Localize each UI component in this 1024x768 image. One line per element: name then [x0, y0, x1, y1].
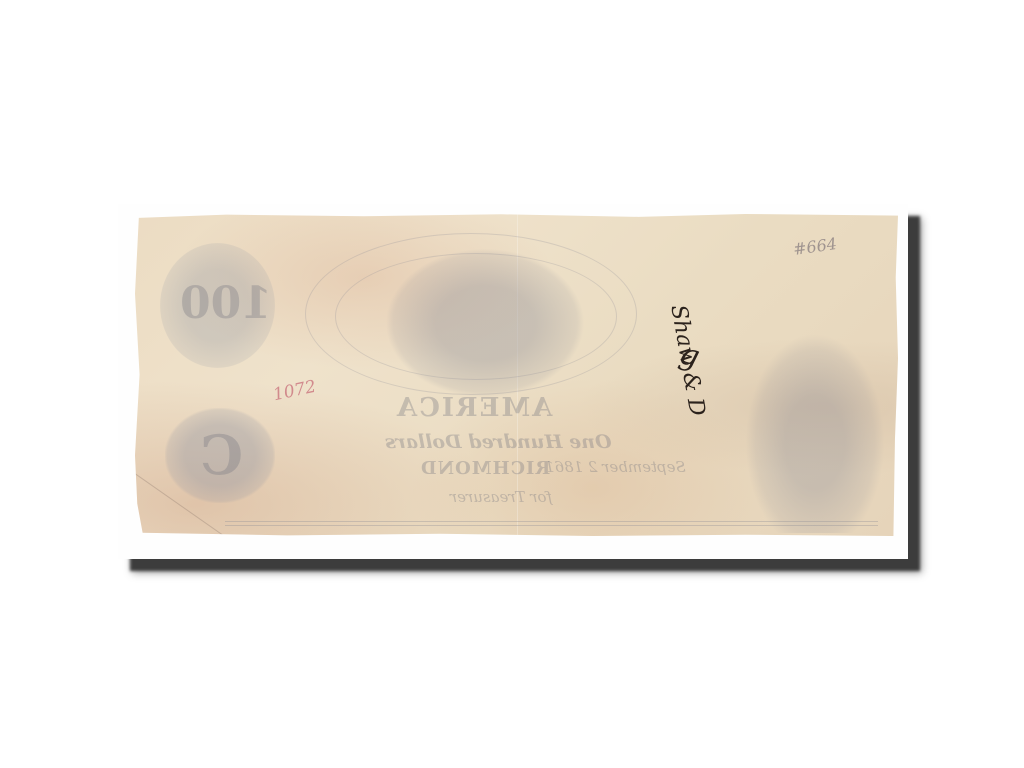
ornament-swirl	[335, 253, 617, 380]
bottom-border	[225, 521, 878, 526]
corner-letter: C	[200, 423, 243, 487]
serial-number: 1072	[271, 377, 317, 406]
banknote: 100 C AMERICA One Hundred Dollars RICHMO…	[135, 213, 898, 536]
corner-rosette: C	[165, 408, 275, 503]
city-text: RICHMOND	[420, 458, 550, 479]
date-text: September 2 1861	[545, 458, 686, 476]
pencil-note: #664	[792, 234, 838, 259]
standing-figure-vignette	[745, 333, 885, 533]
country-text: AMERICA	[395, 393, 552, 423]
image-stage: 100 C AMERICA One Hundred Dollars RICHMO…	[0, 0, 1024, 768]
denomination-oval: 100	[160, 243, 275, 368]
denomination-numeral: 100	[180, 278, 272, 329]
amount-text: One Hundred Dollars	[385, 431, 612, 453]
signature-line-text: for Treasurer	[450, 488, 552, 506]
